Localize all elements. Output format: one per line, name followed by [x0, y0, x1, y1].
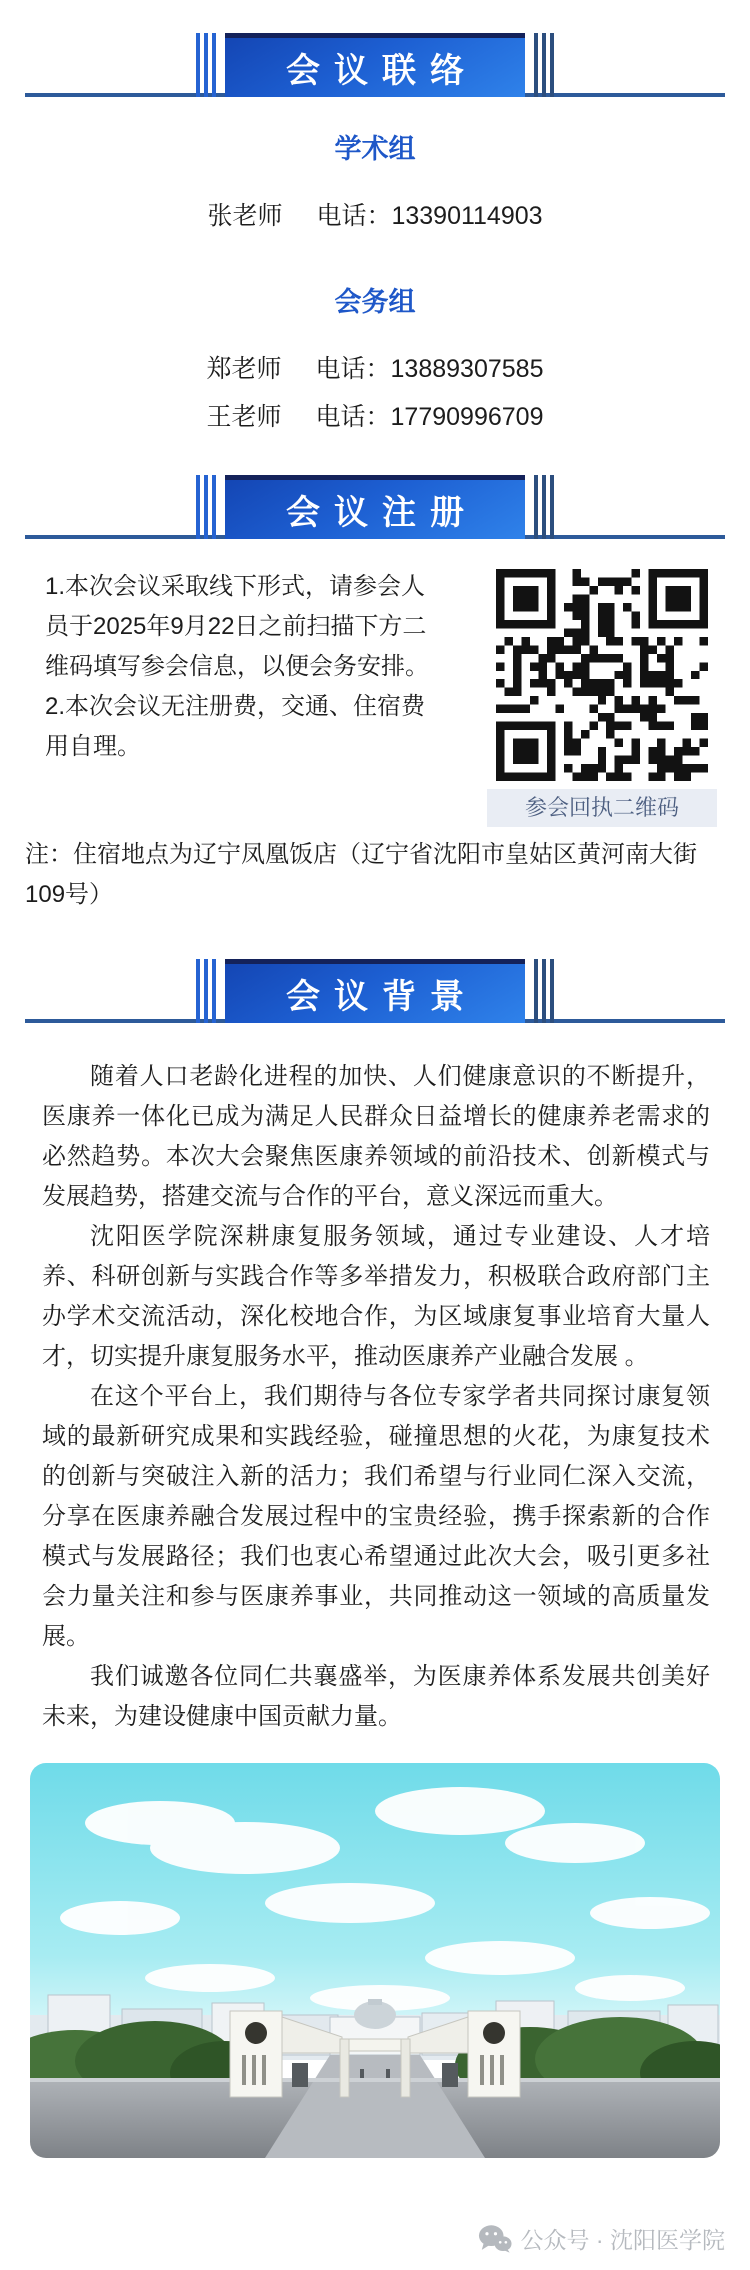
contact-phone: 电话：13390114903 — [316, 202, 542, 230]
banner-stripes-right-icon — [534, 475, 554, 539]
campus-photo[interactable] — [30, 1763, 720, 2158]
registration-item: 2.本次会议无注册费，交通、住宿费用自理。 — [45, 687, 445, 767]
qr-code[interactable] — [496, 569, 708, 781]
banner-background-title: 会议背景 — [272, 969, 478, 1018]
banner-registration-rect: 会议注册 — [225, 475, 525, 539]
registration-item: 1.本次会议采取线下形式，请参会人员于2025年9月22日之前扫描下方二维码填写… — [45, 567, 445, 687]
wechat-icon — [478, 2224, 512, 2253]
banner-background-rect: 会议背景 — [225, 959, 525, 1023]
official-account-label: 公众号 · 沈阳医学院 — [521, 2222, 725, 2255]
banner-stripes-left-icon — [196, 475, 216, 539]
contact-name: 张老师 — [207, 202, 282, 230]
qr-caption: 参会回执二维码 — [487, 789, 717, 827]
contact-name: 郑老师 — [207, 355, 282, 383]
background-paragraph: 沈阳医学院深耕康复服务领域，通过专业建设、人才培养、科研创新与实践合作等多举措发… — [42, 1217, 710, 1377]
background-paragraph: 随着人口老龄化进程的加快、人们健康意识的不断提升，医康养一体化已成为满足人民群众… — [42, 1057, 710, 1217]
registration-instructions: 1.本次会议采取线下形式，请参会人员于2025年9月22日之前扫描下方二维码填写… — [45, 567, 445, 767]
affairs-group-title: 会务组 — [0, 280, 750, 319]
qr-block: 参会回执二维码 — [487, 569, 717, 827]
section-banner-background: 会议背景 — [0, 959, 750, 1023]
section-banner-registration: 会议注册 — [0, 475, 750, 539]
contact-row: 张老师电话：13390114903 — [0, 196, 750, 232]
background-paragraph: 我们诚邀各位同仁共襄盛举，为医康养体系发展共创美好未来，为建设健康中国贡献力量。 — [42, 1657, 710, 1737]
contact-phone: 电话：13889307585 — [316, 355, 544, 383]
article-page: 会议联络 学术组 张老师电话：13390114903 会务组 郑老师电话：138… — [0, 0, 750, 2270]
banner-registration-title: 会议注册 — [272, 485, 478, 534]
contact-name: 王老师 — [207, 403, 282, 431]
campus-photo-illustration — [30, 1763, 720, 2158]
banner-stripes-left-icon — [196, 959, 216, 1023]
registration-section: 1.本次会议采取线下形式，请参会人员于2025年9月22日之前扫描下方二维码填写… — [45, 567, 725, 829]
banner-stripes-right-icon — [534, 959, 554, 1023]
academic-group-title: 学术组 — [0, 127, 750, 166]
accommodation-note: 注：住宿地点为辽宁凤凰饭店（辽宁省沈阳市皇姑区黄河南大街109号） — [25, 835, 725, 915]
contact-phone: 电话：17790996709 — [316, 403, 544, 431]
banner-contact-rect: 会议联络 — [225, 33, 525, 97]
footer: 公众号 · 沈阳医学院 — [0, 2222, 725, 2255]
background-paragraph: 在这个平台上，我们期待与各位专家学者共同探讨康复领域的最新研究成果和实践经验，碰… — [42, 1377, 710, 1657]
banner-stripes-right-icon — [534, 33, 554, 97]
banner-contact-title: 会议联络 — [272, 43, 478, 92]
contact-row: 郑老师电话：13889307585 — [0, 349, 750, 385]
contact-row: 王老师电话：17790996709 — [0, 397, 750, 433]
section-banner-contact: 会议联络 — [0, 33, 750, 97]
banner-stripes-left-icon — [196, 33, 216, 97]
background-section: 随着人口老龄化进程的加快、人们健康意识的不断提升，医康养一体化已成为满足人民群众… — [42, 1057, 710, 1737]
